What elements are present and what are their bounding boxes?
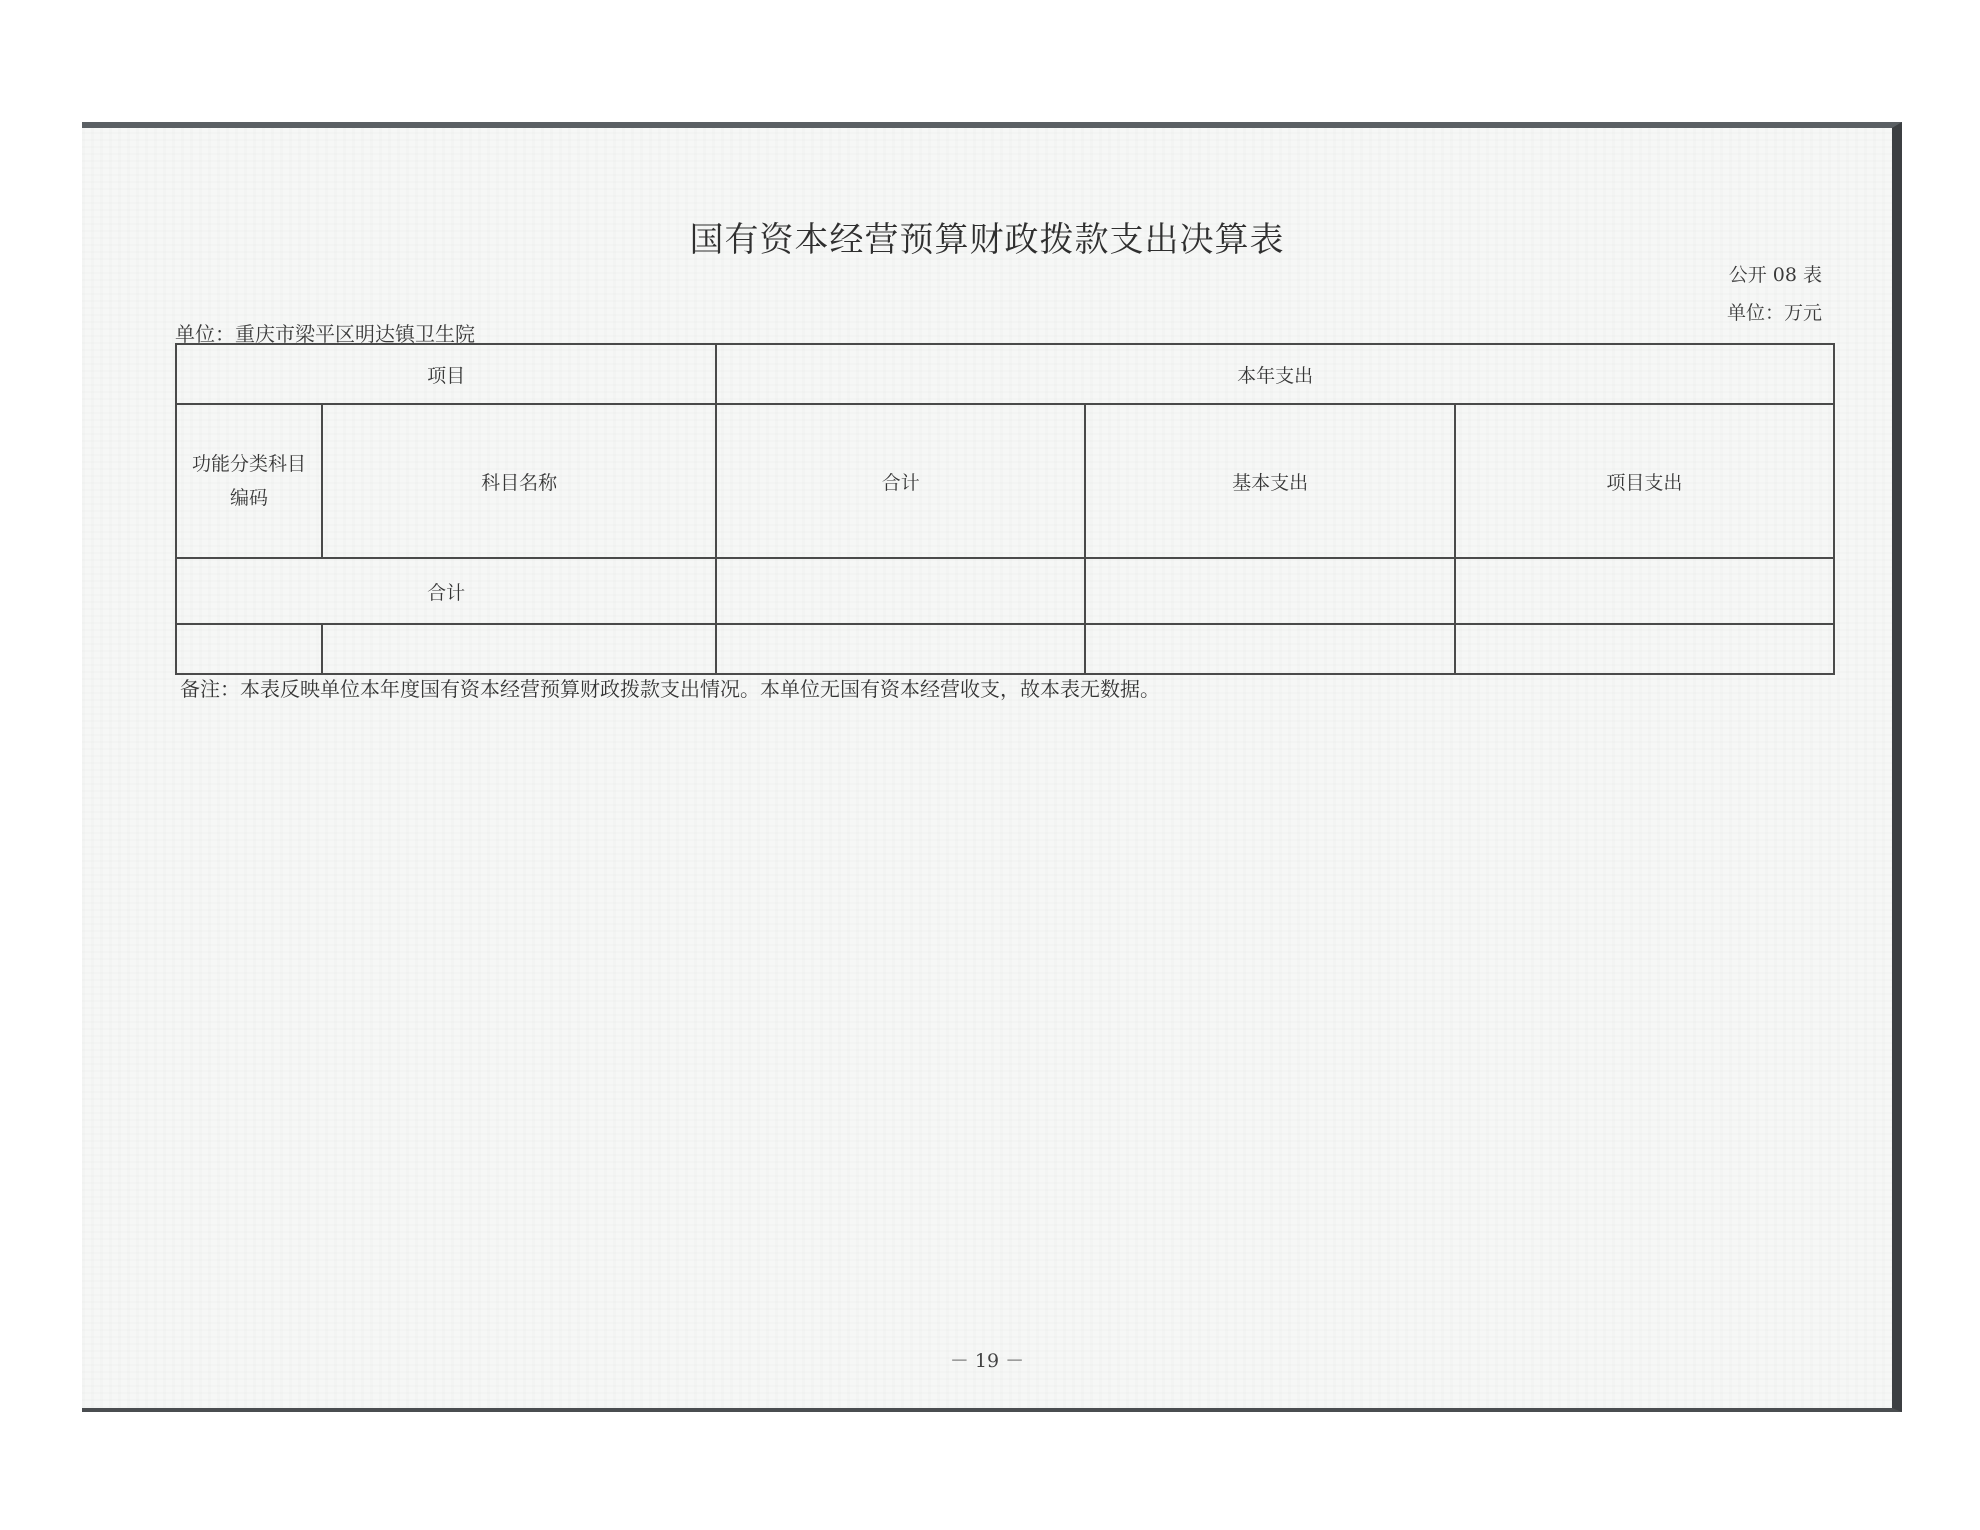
row-code	[176, 624, 322, 674]
total-row-label: 合计	[176, 558, 716, 624]
total-row-basic	[1085, 558, 1454, 624]
header-item-group: 项目	[176, 344, 716, 404]
total-row-project	[1455, 558, 1834, 624]
header-expenditure-group: 本年支出	[716, 344, 1834, 404]
form-number: 公开 08 表	[1729, 260, 1822, 287]
header-code-column: 功能分类科目 编码	[176, 404, 322, 558]
row-total	[716, 624, 1085, 674]
header-name-column: 科目名称	[322, 404, 716, 558]
row-project	[1455, 624, 1834, 674]
scanned-page: 国有资本经营预算财政拨款支出决算表 公开 08 表 单位：万元 单位：重庆市梁平…	[82, 122, 1902, 1412]
page-number: － 19 －	[82, 1346, 1892, 1373]
header-basic-column: 基本支出	[1085, 404, 1454, 558]
header-code-line-2: 编码	[177, 481, 321, 515]
remark-note: 备注：本表反映单位本年度国有资本经营预算财政拨款支出情况。本单位无国有资本经营收…	[180, 673, 1160, 702]
header-code-line-1: 功能分类科目	[177, 447, 321, 481]
table-header-row-1: 项目 本年支出	[176, 344, 1834, 404]
table-header-row-2: 功能分类科目 编码 科目名称 合计 基本支出 项目支出	[176, 404, 1834, 558]
row-basic	[1085, 624, 1454, 674]
table-total-row: 合计	[176, 558, 1834, 624]
row-name	[322, 624, 716, 674]
expenditure-table: 项目 本年支出 功能分类科目 编码 科目名称 合计 基本支出 项目支出 合计	[175, 343, 1835, 675]
currency-unit: 单位：万元	[1727, 298, 1822, 325]
header-project-column: 项目支出	[1455, 404, 1834, 558]
document-title: 国有资本经营预算财政拨款支出决算表	[82, 212, 1892, 261]
table-row	[176, 624, 1834, 674]
total-row-total	[716, 558, 1085, 624]
header-total-column: 合计	[716, 404, 1085, 558]
